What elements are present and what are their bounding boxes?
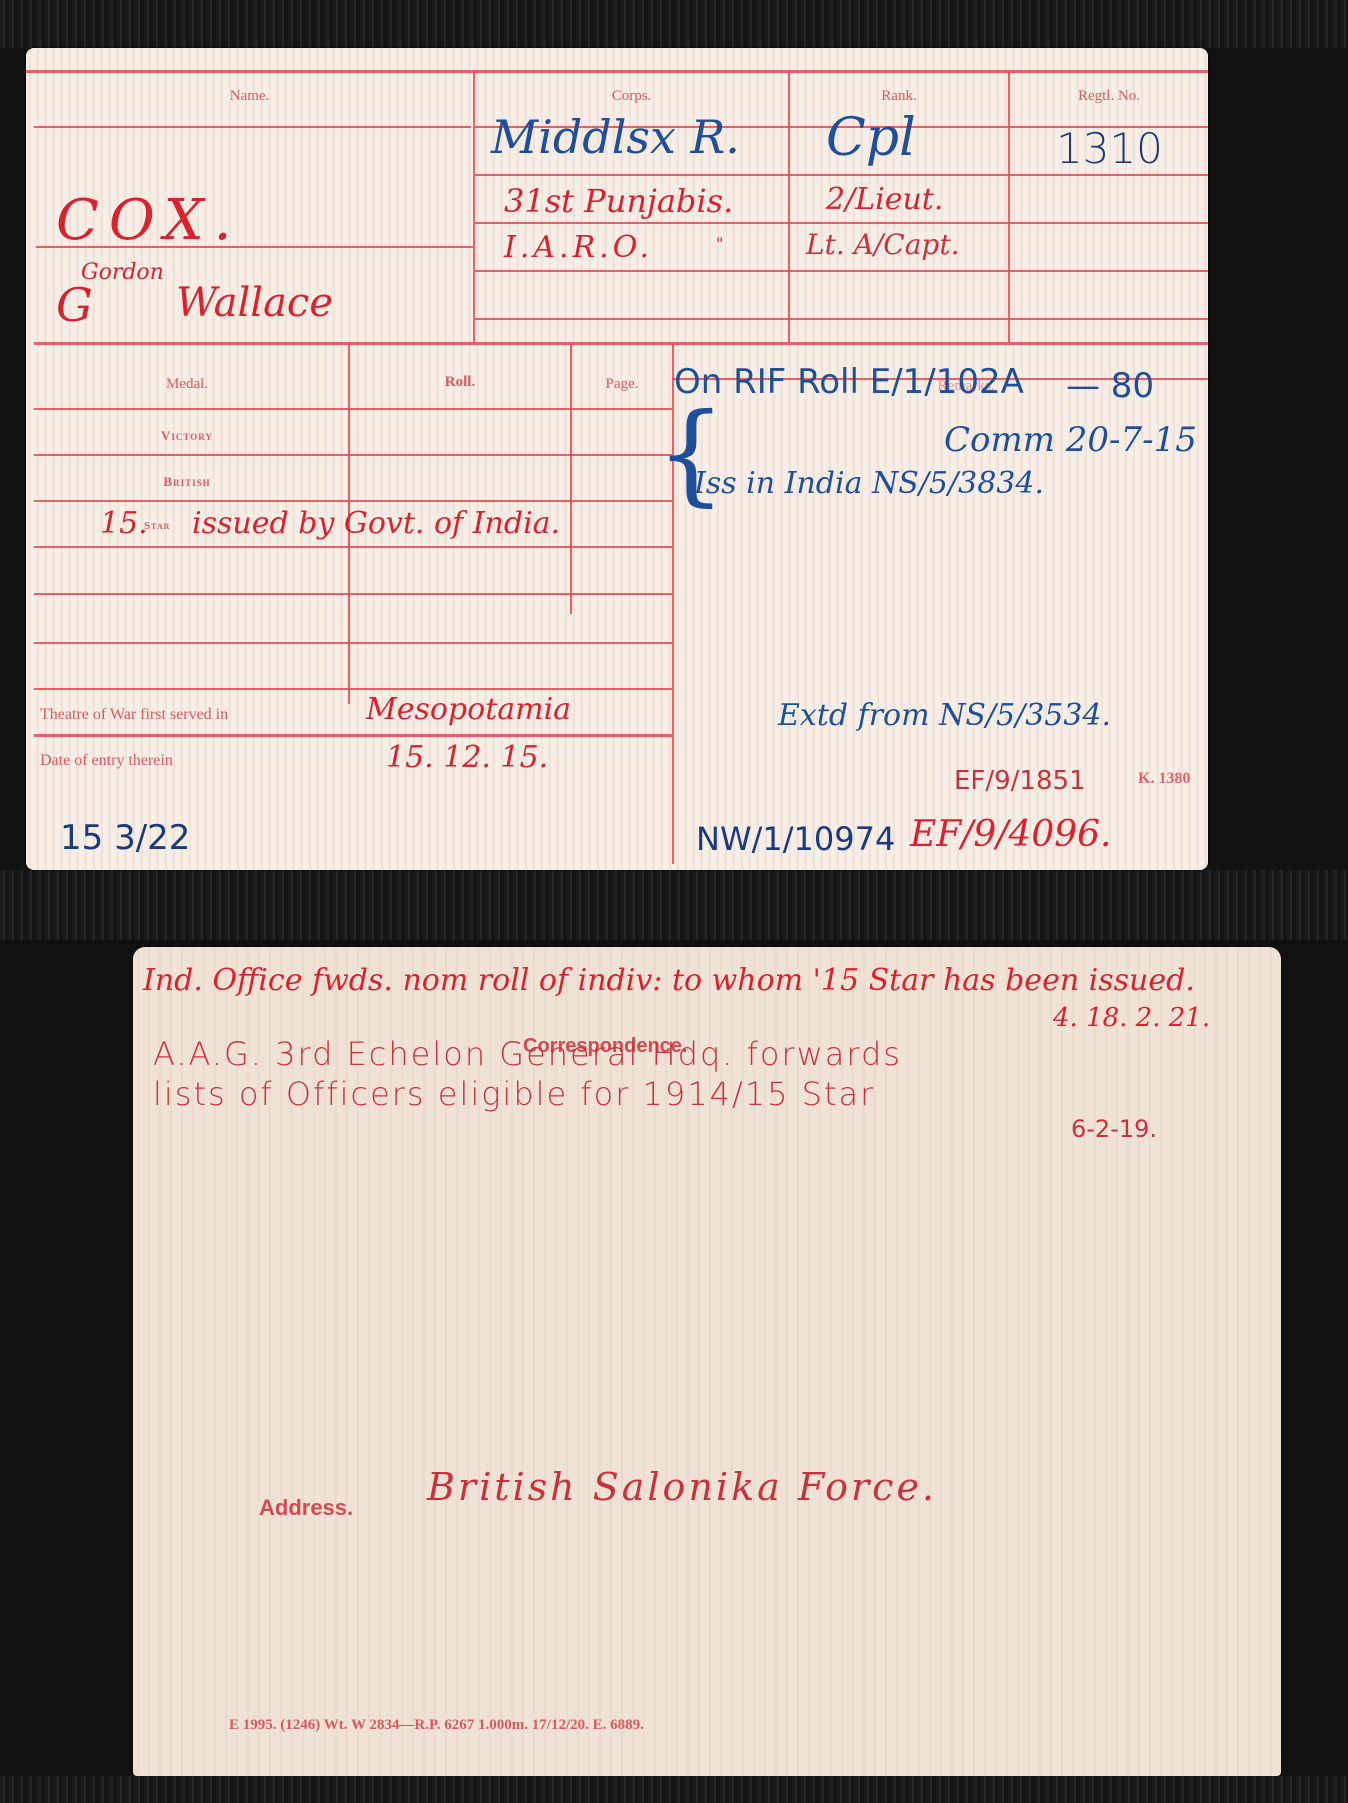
rank-2: 2/Lieut. — [826, 182, 943, 217]
scan-background-top — [0, 0, 1348, 48]
header-roll: Roll. — [350, 374, 570, 391]
corps-1: Middlsx R. — [491, 110, 740, 164]
header-corps: Corps. — [475, 88, 788, 105]
corps-3: I.A.R.O. — [504, 230, 653, 265]
header-regtl-no: Regtl. No. — [1010, 88, 1208, 105]
entry-date-value: 15. 12. 15. — [386, 740, 548, 775]
rule — [26, 70, 1208, 73]
theatre-label: Theatre of War first served in — [40, 706, 228, 724]
remarks-ef-1: EF/9/1851 — [954, 766, 1086, 796]
corps-2: 31st Punjabis. — [504, 182, 733, 220]
remarks-nw: NW/1/10974 — [696, 820, 895, 858]
header-rank: Rank. — [790, 88, 1008, 105]
remarks-extract: Extd from NS/5/3534. — [778, 698, 1111, 733]
rule — [34, 593, 672, 595]
header-medal: Medal. — [26, 376, 348, 393]
remarks-line1: On RIF Roll E/1/102A — [674, 362, 1024, 402]
theatre-value: Mesopotamia — [366, 692, 571, 727]
rule — [475, 318, 1208, 320]
aag-date: 6-2-19. — [1071, 1115, 1157, 1143]
divider-corps-rank — [788, 72, 790, 342]
forename-initial: G — [56, 278, 93, 332]
medal-victory: Victory — [26, 428, 348, 444]
address-label: Address. — [259, 1495, 353, 1521]
medal-index-card-front: Name. Corps. Rank. Regtl. No. COX. G Gor… — [26, 48, 1208, 870]
rule — [475, 174, 1208, 176]
rule — [34, 642, 672, 644]
print-code: E 1995. (1246) Wt. W 2834—R.P. 6267 1.00… — [229, 1717, 644, 1734]
scan-background-middle — [0, 870, 1348, 940]
rule — [34, 126, 471, 128]
address-value: British Salonika Force. — [427, 1465, 937, 1509]
entry-date-label: Date of entry therein — [40, 752, 173, 770]
regtl-no-value: 1310 — [1056, 124, 1163, 173]
scan-background-bottom — [0, 1776, 1348, 1803]
rule — [34, 688, 672, 690]
footer-note: 15 3/22 — [60, 818, 190, 858]
india-office-note-date: 4. 18. 2. 21. — [1053, 1003, 1210, 1033]
rule — [34, 734, 672, 737]
surname: COX. — [56, 188, 241, 253]
forename-1: Gordon — [81, 260, 164, 285]
rule — [34, 408, 672, 410]
rank-1: Cpl — [826, 108, 916, 168]
rule — [34, 454, 672, 456]
remarks-comm-date: Comm 20-7-15 — [944, 420, 1197, 460]
remarks-line1-page: — 80 — [1066, 366, 1154, 406]
corps-4-ditto: " — [716, 234, 723, 253]
medal-star-note: issued by Govt. of India. — [192, 506, 560, 541]
rank-3: Lt. A/Capt. — [806, 228, 960, 261]
rule — [475, 270, 1208, 272]
rule — [34, 342, 1208, 345]
rule — [34, 500, 672, 502]
rule — [475, 222, 1208, 224]
divider-name-corps — [473, 72, 475, 342]
aag-line1: A.A.G. 3rd Echelon General Hdq. forwards — [153, 1035, 902, 1073]
stamp-k1380: K. 1380 — [1138, 770, 1190, 788]
header-name: Name. — [26, 88, 473, 105]
medal-british: British — [26, 474, 348, 490]
forename-2: Wallace — [176, 280, 333, 326]
remarks-line2: Iss in India NS/5/3834. — [694, 466, 1044, 501]
india-office-note: Ind. Office fwds. nom roll of indiv: to … — [143, 963, 1195, 998]
remarks-ef-2: EF/9/4096. — [910, 814, 1111, 855]
rule — [34, 546, 672, 548]
divider-rank-regtl — [1008, 72, 1010, 342]
medal-star: Star — [144, 520, 170, 532]
aag-line2: lists of Officers eligible for 1914/15 S… — [153, 1075, 875, 1113]
medal-star-prefix: 15. — [100, 506, 148, 541]
medal-index-card-back: Ind. Office fwds. nom roll of indiv: to … — [133, 947, 1281, 1776]
